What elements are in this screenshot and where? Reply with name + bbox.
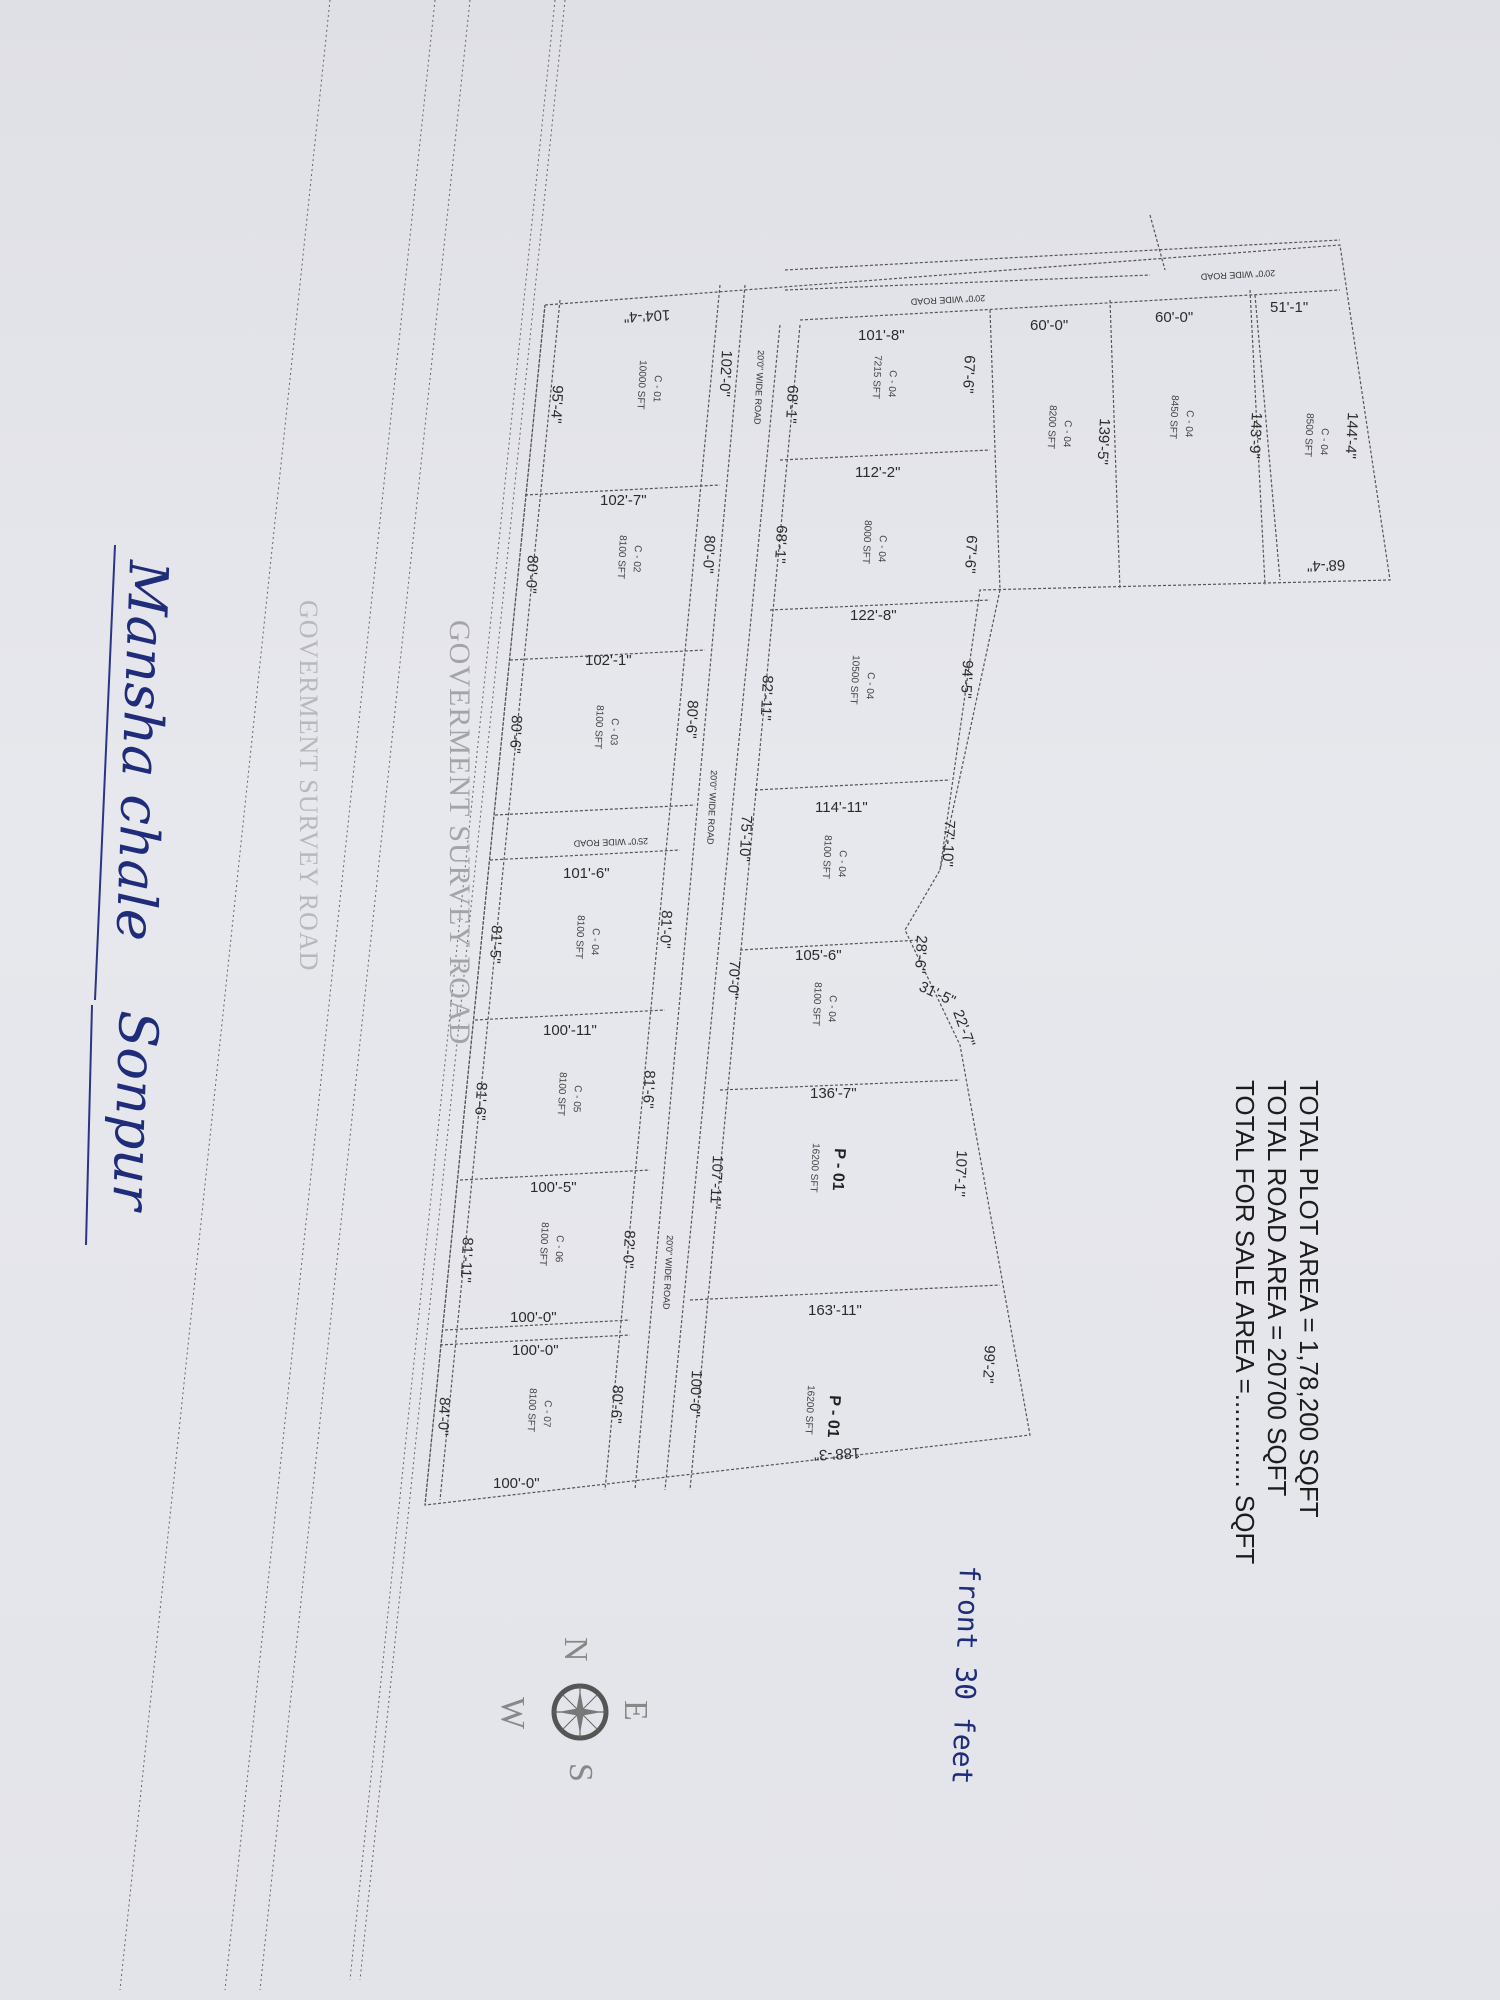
survey-road-lines [120, 0, 565, 1990]
svg-text:16200 SFT: 16200 SFT [807, 1143, 821, 1193]
svg-text:143'-9": 143'-9" [1246, 412, 1265, 459]
svg-text:C - 01: C - 01 [651, 375, 663, 403]
svg-text:144'-4": 144'-4" [1342, 412, 1361, 459]
svg-text:TOTAL FOR SALE AREA =........: TOTAL FOR SALE AREA =............. SQFT [1230, 1080, 1260, 1564]
svg-text:60'-0": 60'-0" [1155, 309, 1193, 326]
svg-text:99'-2": 99'-2" [979, 1345, 998, 1384]
svg-text:81'-11": 81'-11" [457, 1237, 476, 1283]
svg-text:C - 04: C - 04 [589, 928, 601, 956]
svg-text:C - 04: C - 04 [826, 995, 838, 1023]
svg-text:28'-6": 28'-6" [911, 935, 930, 974]
svg-text:100'-0": 100'-0" [510, 1309, 557, 1326]
svg-text:81'-0": 81'-0" [656, 910, 675, 949]
totals-block: TOTAL PLOT AREA = 1,78,200 SQFT TOTAL RO… [1230, 1080, 1324, 1564]
svg-text:C - 03: C - 03 [608, 718, 620, 746]
svg-text:S: S [562, 1763, 599, 1782]
svg-text:C - 04: C - 04 [876, 535, 888, 563]
svg-text:80'-0": 80'-0" [699, 535, 718, 574]
svg-text:31'-5": 31'-5" [916, 978, 958, 1010]
svg-text:80'-6": 80'-6" [506, 715, 525, 754]
svg-text:67'-6": 67'-6" [961, 535, 980, 574]
svg-text:E: E [617, 1700, 654, 1721]
svg-text:60'-0": 60'-0" [1030, 317, 1068, 334]
road-label: 20'0" WIDE ROAD [1200, 268, 1275, 282]
layout-drawing: GOVERMENT SURVEY ROAD GOVERMENT SURVEY R… [0, 0, 1500, 2000]
svg-text:105'-6": 105'-6" [795, 947, 842, 964]
svg-text:8000 SFT: 8000 SFT [860, 520, 873, 564]
svg-text:70'-0": 70'-0" [724, 960, 743, 999]
handwritten-underline [86, 1005, 92, 1245]
svg-text:81'-6": 81'-6" [639, 1070, 658, 1109]
svg-text:136'-7": 136'-7" [810, 1085, 857, 1102]
survey-road-label: GOVERMENT SURVEY ROAD [443, 620, 476, 1045]
compass-rose-icon: N E S W [494, 1637, 654, 1782]
svg-text:C - 04: C - 04 [864, 672, 876, 700]
handwritten-name: Mansha chale [104, 559, 180, 943]
svg-text:7215 SFT: 7215 SFT [870, 355, 883, 399]
svg-text:C - 04: C - 04 [1183, 410, 1195, 438]
svg-text:122'-8": 122'-8" [850, 607, 897, 624]
svg-text:82'-11": 82'-11" [757, 675, 776, 721]
svg-text:102'-0": 102'-0" [716, 350, 735, 397]
left-plots: C - 01 10000 SFT 104'-4" 95'-4" 102'-0" … [434, 306, 735, 1492]
svg-text:N: N [557, 1637, 594, 1662]
top-row-plots: C - 04 8200 SFT 60'-0" 139'-5" C - 04 84… [1030, 299, 1361, 574]
svg-text:8450 SFT: 8450 SFT [1167, 395, 1180, 439]
svg-text:114'-11": 114'-11" [815, 799, 868, 816]
svg-text:75'-10": 75'-10" [736, 815, 755, 862]
svg-text:188'-3": 188'-3" [813, 1444, 860, 1463]
svg-text:8100 SFT: 8100 SFT [615, 535, 628, 579]
svg-text:8500 SFT: 8500 SFT [1302, 413, 1315, 457]
svg-text:8100 SFT: 8100 SFT [525, 1388, 538, 1432]
svg-text:163'-11": 163'-11" [808, 1302, 862, 1319]
svg-text:C - 04: C - 04 [836, 850, 848, 878]
svg-text:8100 SFT: 8100 SFT [573, 915, 586, 959]
svg-text:TOTAL ROAD AREA = 20700 SQ: TOTAL ROAD AREA = 20700 SQFT [1262, 1080, 1292, 1497]
svg-text:100'-5": 100'-5" [530, 1179, 577, 1196]
svg-text:8100 SFT: 8100 SFT [820, 835, 833, 879]
road-label: 25'0" WIDE ROAD [573, 836, 648, 849]
svg-text:P - 01: P - 01 [829, 1148, 848, 1191]
svg-text:68'-1": 68'-1" [771, 525, 790, 564]
svg-text:W: W [494, 1697, 531, 1730]
svg-text:C - 04: C - 04 [1318, 428, 1330, 456]
svg-text:8100 SFT: 8100 SFT [592, 705, 605, 749]
svg-text:101'-6": 101'-6" [563, 865, 610, 882]
svg-text:C - 07: C - 07 [541, 1400, 553, 1428]
svg-text:51'-1": 51'-1" [1270, 299, 1308, 316]
svg-text:80'-6": 80'-6" [607, 1385, 626, 1424]
svg-text:P - 01: P - 01 [824, 1395, 843, 1438]
svg-text:80'-0": 80'-0" [522, 555, 541, 594]
svg-text:101'-8": 101'-8" [858, 327, 905, 344]
svg-text:104'-4": 104'-4" [623, 306, 670, 325]
svg-text:100'-11": 100'-11" [543, 1022, 597, 1039]
svg-text:8200 SFT: 8200 SFT [1045, 405, 1058, 449]
svg-text:22'-7": 22'-7" [949, 1008, 978, 1050]
handwritten-note: front 30 feet [945, 1565, 986, 1785]
svg-text:67'-6": 67'-6" [959, 355, 978, 394]
svg-text:102'-7": 102'-7" [600, 492, 647, 509]
svg-text:107'-11": 107'-11" [706, 1155, 726, 1210]
svg-text:10500 SFT: 10500 SFT [847, 655, 861, 705]
svg-text:16200 SFT: 16200 SFT [802, 1385, 816, 1435]
svg-text:C - 04: C - 04 [1061, 420, 1073, 448]
svg-text:100'-0": 100'-0" [686, 1370, 705, 1417]
svg-text:82'-0": 82'-0" [619, 1230, 638, 1269]
survey-road-label-faded: GOVERMENT SURVEY ROAD [294, 600, 323, 971]
svg-text:95'-4": 95'-4" [547, 385, 566, 424]
svg-text:80'-6": 80'-6" [682, 700, 701, 739]
svg-text:C - 06: C - 06 [553, 1235, 565, 1263]
road-label: 20'0" WIDE ROAD [661, 1235, 675, 1310]
svg-text:TOTAL PLOT AREA = 1,78,200 S: TOTAL PLOT AREA = 1,78,200 SQFT [1294, 1080, 1324, 1518]
road-label: 20'0" WIDE ROAD [705, 770, 719, 845]
svg-text:102'-1": 102'-1" [585, 652, 632, 669]
svg-text:10000 SFT: 10000 SFT [634, 360, 648, 410]
road-label: 20'0" WIDE ROAD [752, 350, 766, 425]
svg-text:68'-1": 68'-1" [782, 385, 801, 424]
svg-text:81'-6": 81'-6" [471, 1082, 490, 1121]
svg-text:84'-0": 84'-0" [434, 1397, 453, 1436]
svg-text:8100 SFT: 8100 SFT [537, 1222, 550, 1266]
svg-text:C - 02: C - 02 [631, 545, 643, 573]
svg-text:77'-10": 77'-10" [939, 820, 958, 867]
svg-text:107'-1": 107'-1" [951, 1150, 970, 1197]
svg-text:68'-4": 68'-4" [1307, 556, 1346, 574]
svg-text:C - 05: C - 05 [571, 1085, 583, 1113]
svg-text:8100 SFT: 8100 SFT [810, 982, 823, 1026]
svg-text:8100 SFT: 8100 SFT [555, 1072, 568, 1116]
svg-text:81'-5": 81'-5" [486, 925, 505, 964]
svg-text:100'-0": 100'-0" [512, 1342, 559, 1359]
svg-text:C - 04: C - 04 [886, 370, 898, 398]
road-label: 20'0" WIDE ROAD [910, 293, 985, 307]
svg-text:100'-0": 100'-0" [493, 1475, 540, 1492]
svg-text:139'-5": 139'-5" [1094, 418, 1113, 465]
handwritten-place: Sonpur [100, 1010, 170, 1215]
svg-text:94'-5": 94'-5" [957, 660, 976, 699]
svg-text:112'-2": 112'-2" [855, 464, 900, 481]
